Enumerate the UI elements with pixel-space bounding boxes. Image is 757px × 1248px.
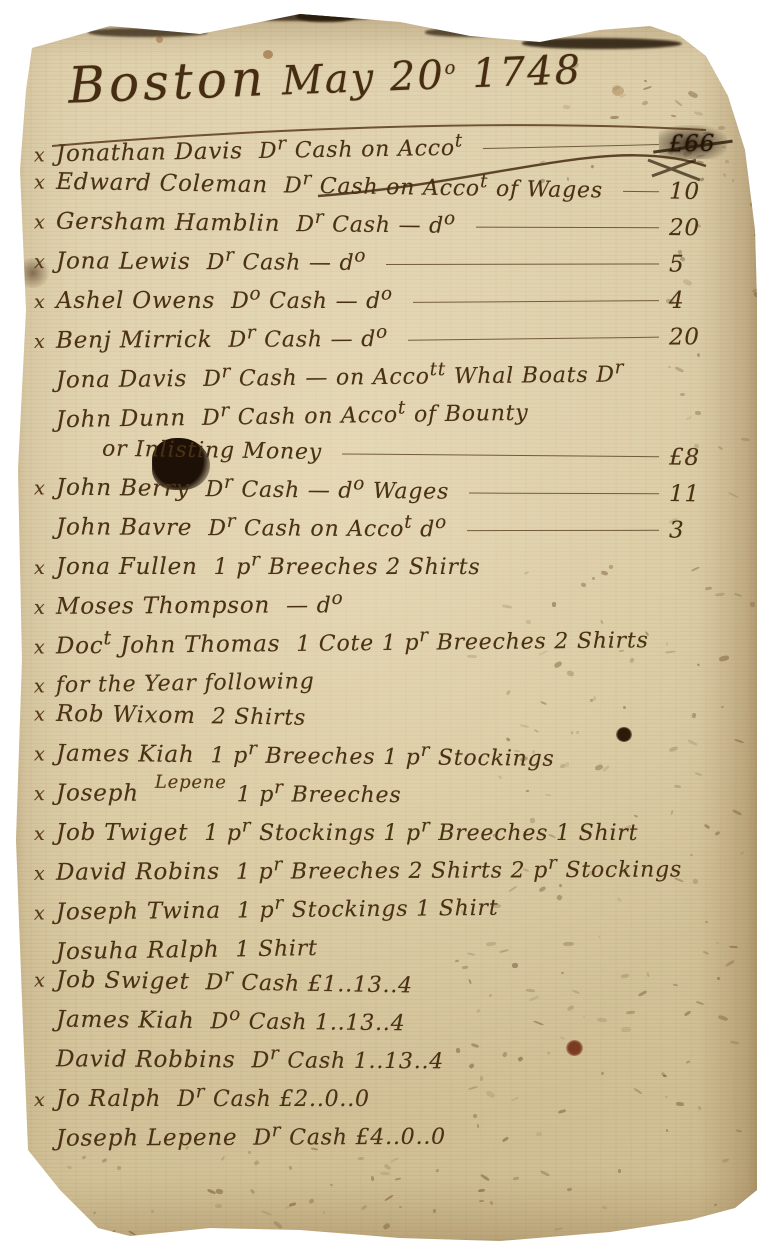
entry-amount: 3 [669,517,733,543]
entry-name: Joseph Lepene [56,1125,238,1152]
entry-detail: 1 pr Breeches 2 Shirts 2 pr Stockings [236,857,682,884]
entry-name: John Bavre [56,514,192,541]
entry-name: David Robbins [56,1046,236,1073]
entry-amount: 20 [669,215,733,242]
bleed-speck [382,1222,390,1229]
ledger-entry: Joseph LepeneDr Cash £4..0..0 [34,1122,733,1164]
ledger-entries: xJonathan DavisDr Cash on Accot£66xEdwar… [34,136,733,1162]
entry-x-mark: x [34,863,56,885]
bleed-speck [478,1189,485,1193]
bleed-speck [750,202,757,208]
row-spacer [504,912,733,914]
entry-amount: 10 [669,178,733,205]
entry-name: Josuha Ralph [56,937,220,966]
dash-leader [469,493,659,495]
bleed-speck [117,1166,122,1171]
ledger-entry: xJo RalphDr Cash £2..0..0 [34,1086,733,1124]
ledger-entry: John BavreDr Cash on Accot do3 [34,514,733,556]
dash-leader [623,191,659,192]
row-spacer [312,725,733,732]
bleed-speck [735,1129,741,1132]
bleed-speck [384,1194,393,1201]
bleed-speck [740,437,749,441]
bleed-speck [261,1211,272,1217]
dash-leader [483,144,659,149]
bleed-speck [753,233,757,237]
bleed-speck [322,1211,325,1215]
entry-name: Joseph [56,780,139,806]
bleed-speck [749,601,755,607]
entry-name: Jonathan Davis [56,138,243,167]
entry-detail: 1 Cote 1 pr Breeches 2 Shirts [296,628,649,657]
bleed-speck [741,136,748,142]
bleed-speck [753,177,757,181]
torn-edge-stain [598,6,642,22]
entry-detail: Dr Cash £1..13..4 [205,970,413,998]
entry-detail: 1 pr Breeches 1 pr Stockings [210,743,554,772]
bleed-speck [436,1169,440,1173]
entry-x-mark: x [34,331,56,353]
bleed-speck [110,1229,116,1234]
ledger-entry: xJosephLepene1 pr Breeches [34,780,733,822]
entry-x-mark: x [34,251,56,273]
entry-name: Ashel Owens [56,288,215,314]
entry-detail: Dr Cash on Accot of Wages [284,173,603,203]
entry-name: Job Swiget [56,967,190,995]
bleed-speck [207,1188,216,1194]
entry-name: Benj Mirrick [56,327,213,354]
row-spacer [419,993,733,998]
bleed-speck [288,1202,295,1206]
bleed-speck [618,1169,622,1173]
bleed-speck [714,1203,717,1206]
bleed-speck [432,1209,435,1213]
dash-leader [467,530,659,531]
entry-amount: 11 [669,481,733,508]
entry-x-mark: x [34,172,56,194]
heading-place: Boston [67,49,268,115]
entry-x-mark: x [34,211,56,233]
ledger-scan: Boston May 20o 1748 xJonathan DavisDr Ca… [0,0,757,1248]
bleed-speck [734,592,743,596]
entry-name: John Dunn [56,405,186,433]
entry-name: Job Twiget [56,820,188,846]
entry-x-mark: x [34,675,56,697]
bleed-speck [748,180,754,183]
bleed-speck [380,1171,390,1175]
ledger-entry: xJob Twiget1 pr Stockings 1 pr Breeches … [34,820,733,858]
bleed-speck [554,1227,564,1231]
row-spacer [561,766,733,768]
bleed-speck [128,1230,136,1236]
entry-name: Jo Ralph [56,1086,161,1112]
bleed-speck [752,288,757,293]
row-spacer [630,380,733,381]
bleed-speck [753,115,757,118]
bleed-speck [513,1176,520,1180]
entry-x-mark: x [34,783,56,805]
entry-name: Joseph Twina [56,898,221,926]
bleed-speck [92,1212,95,1215]
row-spacer [535,417,733,420]
entry-x-mark: x [34,823,56,845]
bleed-speck [489,1200,493,1205]
entry-name: John Berry [56,475,190,502]
bleed-speck [383,1163,391,1170]
ledger-entry: xJames Kiah1 pr Breeches 1 pr Stockings [34,740,733,785]
dash-leader [408,337,659,341]
entry-inserted-word: Lepene [155,772,227,793]
entry-detail: Dr Cash — do [207,250,367,276]
entry-detail: Dr Cash — do [296,212,456,239]
entry-detail: Do Cash 1..13..4 [210,1009,405,1036]
entry-name: Moses Thompson [56,593,270,620]
entry-amount: 4 [669,288,733,314]
bleed-speck [395,1177,402,1180]
manuscript-page: Boston May 20o 1748 xJonathan DavisDr Ca… [0,0,757,1248]
bleed-speck [747,117,756,123]
bleed-speck [288,1165,292,1170]
row-spacer [452,1142,733,1143]
row-spacer [411,1030,733,1033]
entry-detail: 1 pr Breeches [237,782,402,808]
bleed-speck [151,1210,154,1213]
ledger-content: Boston May 20o 1748 xJonathan DavisDr Ca… [34,30,733,1162]
entry-name: Jona Davis [56,366,187,393]
bleed-speck [732,809,743,816]
ledger-entry: xGersham HamblinDr Cash — do20 [34,208,733,253]
entry-name: Jona Lewis [56,248,191,275]
row-spacer [324,949,733,955]
bleed-speck [737,1220,748,1226]
entry-name: David Robins [56,859,220,886]
entry-detail: Dr Cash £2..0..0 [177,1087,370,1112]
entry-x-mark: x [34,1089,56,1111]
entry-name: Edward Coleman [56,169,268,198]
bleed-speck [480,1174,490,1182]
dash-leader [476,227,659,229]
entry-detail: Dr Cash on Accot of Bounty [202,401,529,431]
entry-name: Jona Fullen [56,554,198,580]
entry-name: Gersham Hamblin [56,209,281,237]
entry-amount: 5 [669,251,733,277]
ledger-entry: James KiahDo Cash 1..13..4 [34,1006,733,1051]
bleed-speck [753,291,757,297]
entry-amount: £8 [669,444,733,471]
entry-detail: 1 pr Stockings 1 Shirt [237,896,499,924]
entry-x-mark: x [34,477,56,499]
entry-x-mark: x [34,291,56,313]
bleed-speck [748,154,753,159]
bleed-speck [361,1205,368,1211]
entry-x-mark: x [34,970,56,992]
entry-detail: Do Cash — do [231,289,393,314]
entry-detail: Dr Cash — on Accott Whal Boats Dr [203,362,624,391]
bleed-speck [273,1220,284,1229]
entry-x-mark: x [34,557,56,579]
entry-detail: or Inlisting Money [102,437,322,465]
entry-amount: 20 [669,324,733,350]
bleed-speck [740,851,745,855]
bleed-speck [250,1189,255,1195]
ledger-entry: xJohn BerryDr Cash — do Wages11 [34,474,733,519]
entry-x-mark: x [34,743,56,765]
heading-date-day: May 20 [281,52,446,104]
bleed-speck [479,1200,484,1203]
bleed-speck [371,1176,375,1181]
bleed-speck [566,1188,572,1192]
dash-leader [413,300,659,303]
entry-x-mark: x [34,902,56,924]
entry-detail: 1 pr Stockings 1 pr Breeches 1 Shirt [204,821,638,846]
bleed-speck [72,1209,76,1213]
bleed-speck [742,1212,745,1214]
entry-detail: for the Year following [56,669,315,698]
entry-detail: Dr Cash on Accot do [208,516,447,542]
entry-detail: Dr Cash on Accot [259,136,464,164]
row-spacer [407,802,733,804]
entry-x-mark: x [34,636,56,658]
entry-name: Doct John Thomas [56,631,281,659]
heading-date-suffix: o [444,57,458,78]
entry-x-mark: x [34,144,56,166]
bleed-speck [285,1205,292,1210]
bleed-speck [329,1184,332,1186]
row-spacer [450,1068,733,1069]
entry-detail: 1 pr Breeches 2 Shirts [214,555,481,580]
ledger-entry: xAshel OwensDo Cash — do4 [34,288,733,326]
row-spacer [321,682,733,688]
ledger-entry: xMoses Thompson— do [34,590,733,632]
ledger-entry: xJona Fullen1 pr Breeches 2 Shirts [34,554,733,592]
dash-leader [386,263,659,264]
heading-date-year: 1748 [471,47,582,97]
row-spacer [655,646,733,647]
ledger-entry: David RobbinsDr Cash 1..13..4 [34,1046,733,1088]
entry-detail: Dr Cash — do Wages [205,477,449,505]
entry-x-mark: x [34,597,56,619]
entry-name: Rob Wixom [56,701,196,729]
bleed-speck [216,1189,224,1195]
bleed-speck [746,96,754,100]
bleed-speck [66,1165,72,1170]
ledger-entry: xDavid Robins1 pr Breeches 2 Shirts 2 pr… [34,856,733,898]
entry-x-mark: x [34,704,56,726]
entry-detail: Dr Cash £4..0..0 [253,1125,446,1151]
row-spacer [349,610,733,612]
page-heading: Boston May 20o 1748 [67,31,734,114]
entry-detail: — do [286,593,343,618]
torn-edge-stain [296,10,356,22]
entry-detail: Dr Cash 1..13..4 [251,1048,444,1074]
entry-name: James Kiah [56,741,195,768]
bleed-speck [308,1197,315,1204]
entry-detail: 2 Shirts [212,704,307,730]
entry-detail: Dr Cash — do [228,327,388,353]
dash-leader [342,453,659,457]
bleed-speck [399,1206,402,1209]
entry-name: James Kiah [56,1007,195,1034]
bleed-speck [733,738,743,743]
entry-amount: £66 [669,131,733,158]
entry-detail: 1 Shirt [235,936,318,962]
bleed-speck [215,1204,222,1208]
bleed-speck [602,1205,608,1209]
bleed-speck [540,1170,551,1177]
ledger-entry: xBenj MirrickDr Cash — do20 [34,324,733,366]
